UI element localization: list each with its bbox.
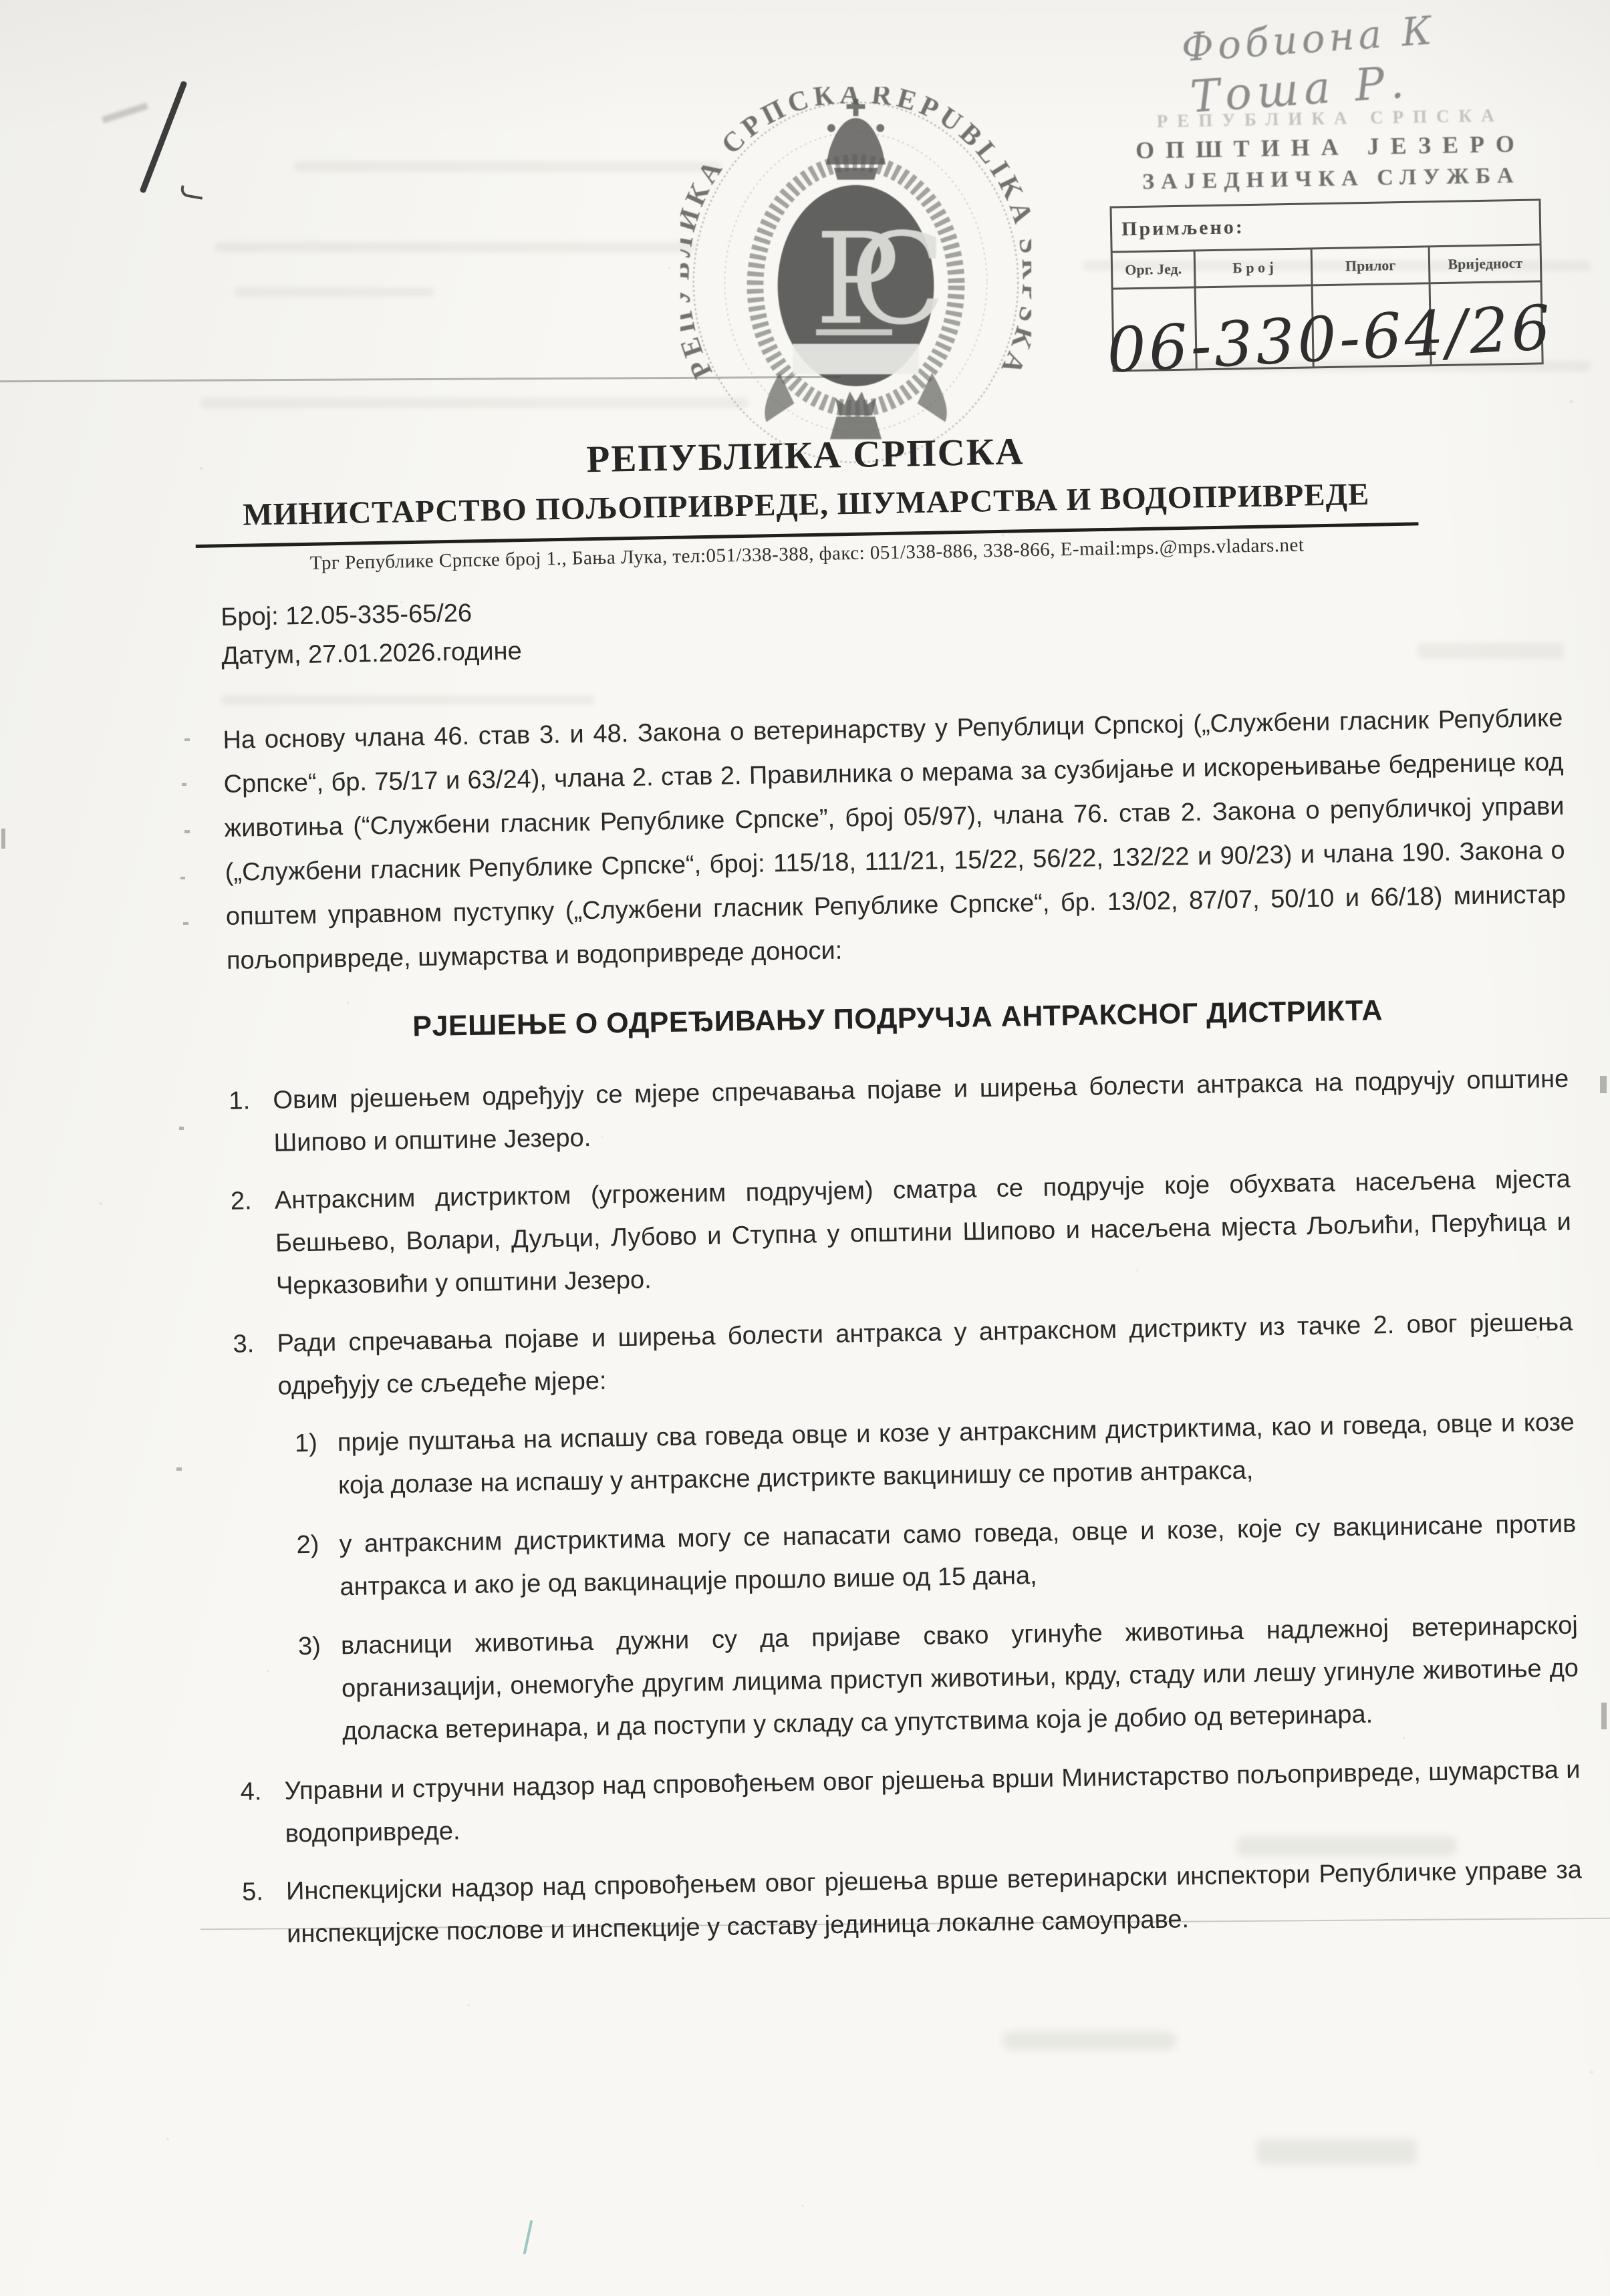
sub-item-1: 1) прије пуштања на испашу сва говеда ов… bbox=[294, 1401, 1575, 1508]
scan-noise bbox=[0, 0, 1, 1]
subitem-number: 2) bbox=[296, 1523, 340, 1609]
edge-mark bbox=[184, 738, 190, 741]
edge-mark bbox=[184, 830, 190, 833]
subitem-text: у антраксним дистриктима могу се напасат… bbox=[339, 1503, 1577, 1609]
scanned-document-page: Фобиона К Тоша Р. РЕПУБЛИКА СРПСКА ОПШТИ… bbox=[0, 0, 1610, 2296]
subitem-number: 1) bbox=[294, 1421, 338, 1508]
list-item-5: 5. Инспекцијски надзор над спровођењем о… bbox=[242, 1848, 1583, 1956]
list-item-2: 2. Антраксним дистриктом (угроженим подр… bbox=[230, 1158, 1572, 1308]
stamp-service-line: ЗАЈЕДНИЧКА СЛУЖБА bbox=[1097, 162, 1566, 196]
item-number: 5. bbox=[242, 1870, 287, 1957]
item-number: 2. bbox=[230, 1179, 276, 1308]
stamp-col-vrijednost: Вриједност bbox=[1430, 245, 1542, 283]
decision-title: РЈЕШЕЊЕ О ОДРЕЂИВАЊУ ПОДРУЧЈА АНТРАКСНОГ… bbox=[227, 992, 1568, 1046]
sub-item-2: 2) у антраксним дистриктима могу се напа… bbox=[296, 1503, 1577, 1610]
ghost-text-line bbox=[234, 287, 434, 297]
stamp-col-broj: Б р о ј bbox=[1194, 249, 1312, 287]
item-text: Ради спречавања појаве и ширења болести … bbox=[277, 1301, 1574, 1408]
edge-mark bbox=[180, 877, 185, 879]
preamble-paragraph: На основу члана 46. став 3. и 48. Закона… bbox=[223, 696, 1567, 983]
ghost-text-line bbox=[200, 398, 749, 408]
stamp-municipality-line: ОПШТИНА ЈЕЗЕРО bbox=[1097, 129, 1565, 165]
list-item-1: 1. Овим рјешењем одређују се мјере спреч… bbox=[229, 1058, 1570, 1165]
stamp-col-prilog: Прилог bbox=[1311, 247, 1430, 285]
item-number: 4. bbox=[240, 1770, 285, 1856]
edge-mark bbox=[179, 1127, 184, 1130]
stamp-col-org-jed: Орг. Јед. bbox=[1111, 251, 1195, 289]
edge-mark bbox=[183, 922, 188, 925]
document-body: Број: 12.05-335-65/26 Датум, 27.01.2026.… bbox=[221, 576, 1583, 1971]
edge-mark bbox=[1600, 1076, 1607, 1093]
item-number: 1. bbox=[229, 1079, 274, 1165]
edge-mark bbox=[1601, 1703, 1607, 1729]
pen-smudge bbox=[523, 2220, 533, 2255]
subitem-number: 3) bbox=[298, 1624, 343, 1753]
item-text: Антраксним дистриктом (угроженим подручј… bbox=[274, 1158, 1572, 1308]
receipt-stamp: РЕПУБЛИКА СРПСКА ОПШТИНА ЈЕЗЕРО ЗАЈЕДНИЧ… bbox=[1096, 104, 1569, 372]
ghost-smudge bbox=[1256, 2138, 1417, 2165]
ghost-text-line bbox=[214, 242, 695, 253]
coat-of-arms-icon: РС РЕПУБЛИКА СРПСКА REPUBLIKA SRPSKA bbox=[680, 87, 1031, 471]
item-number: 3. bbox=[233, 1322, 278, 1409]
list-item-3: 3. Ради спречавања појаве и ширења болес… bbox=[233, 1301, 1574, 1409]
sub-item-3: 3) власници животиња дужни су да пријаве… bbox=[298, 1604, 1580, 1754]
item-text: Инспекцијски надзор над спровођењем овог… bbox=[286, 1848, 1583, 1955]
item-text: Управни и стручни надзор над спровођењем… bbox=[284, 1749, 1581, 1856]
stamp-received-label: Примљено: bbox=[1111, 200, 1540, 252]
letterhead: РЕПУБЛИКА СРПСКА МИНИСТАРСТВО ПОЉОПРИВРЕ… bbox=[0, 419, 1610, 580]
stamp-republic-line: РЕПУБЛИКА СРПСКА bbox=[1096, 104, 1564, 133]
item-text: Овим рјешењем одређују се мјере спречава… bbox=[273, 1058, 1570, 1165]
edge-mark bbox=[176, 1467, 182, 1471]
subitem-text: власници животиња дужни су да пријаве св… bbox=[340, 1604, 1579, 1753]
edge-mark bbox=[182, 783, 186, 786]
list-item-4: 4. Управни и стручни надзор над спровође… bbox=[240, 1749, 1581, 1856]
pen-mark bbox=[102, 75, 229, 202]
subitem-text: прије пуштања на испашу сва говеда овце … bbox=[337, 1401, 1575, 1508]
ghost-text-line bbox=[294, 162, 722, 172]
edge-mark bbox=[1, 829, 5, 849]
ghost-smudge bbox=[1002, 2031, 1176, 2050]
